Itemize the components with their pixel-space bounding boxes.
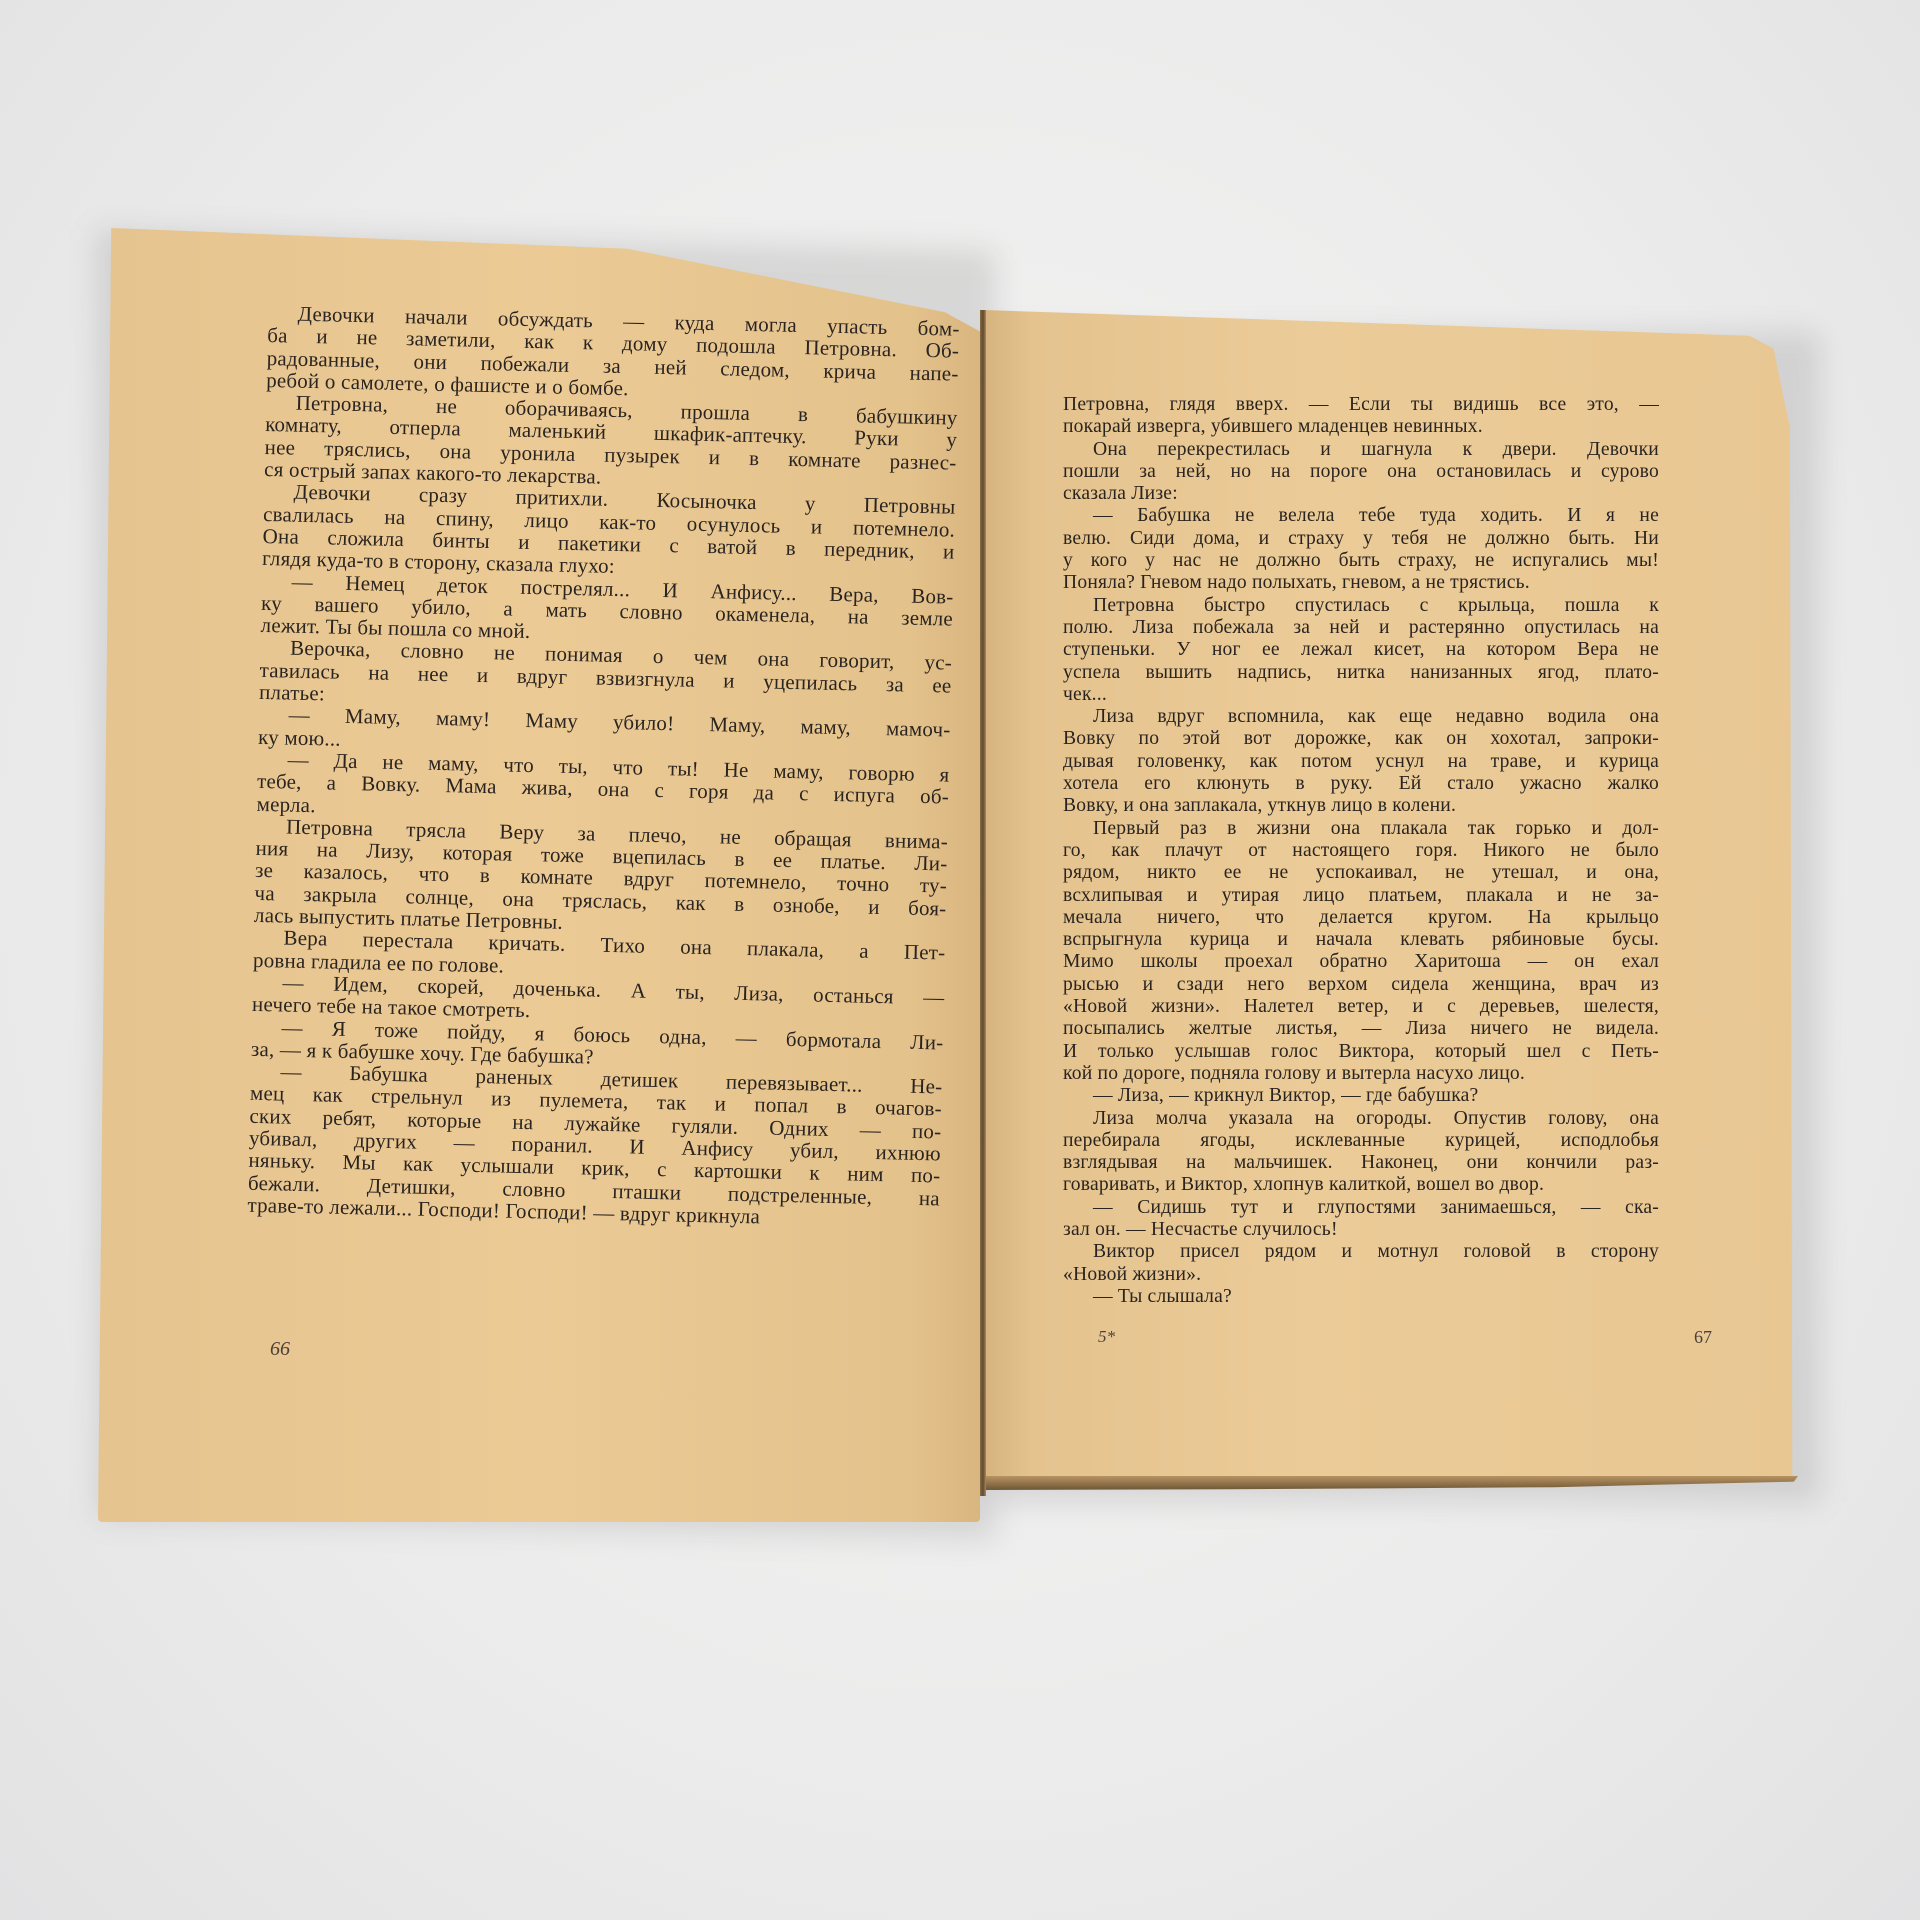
left-page-text: Девочки начали обсуждать — куда могла уп… [247,302,960,1232]
text-line: Она перекрестилась и шагнула к двери. Де… [1063,439,1659,461]
text-line: говаривать, и Виктор, хлопнув калиткой, … [1063,1174,1659,1196]
text-line: — Ты слышала? [1063,1286,1659,1308]
text-line: рядом, никто ее не успокаивал, не утешал… [1063,862,1659,884]
text-line: полю. Лиза побежала за ней и растерянно … [1063,617,1659,639]
right-page-text: Петровна, глядя вверх. — Если ты видишь … [1063,394,1659,1308]
page-number-right: 67 [1694,1327,1712,1348]
text-line: — Лиза, — крикнул Виктор, — где бабушка? [1063,1085,1659,1107]
text-line: сказала Лизе: [1063,483,1659,505]
text-line: Вовку по этой вот дорожке, как он хохота… [1063,728,1659,750]
text-line: дывая головенку, как потом уснул на трав… [1063,751,1659,773]
text-line: Виктор присел рядом и мотнул головой в с… [1063,1241,1659,1263]
text-line: взглядывая на мальчишек. Наконец, они ко… [1063,1152,1659,1174]
text-line: перебирала ягоды, исклеванные курицей, и… [1063,1130,1659,1152]
text-line: «Новой жизни». [1063,1264,1659,1286]
text-line: — Бабушка не велела тебе туда ходить. И … [1063,505,1659,527]
text-line: хотела его клюнуть в руку. Ей стало ужас… [1063,773,1659,795]
text-line: успела вышить надпись, нитка нанизанных … [1063,662,1659,684]
text-line: велю. Сиди дома, и страху у тебя не долж… [1063,528,1659,550]
text-line: мечала ничего, что делается кругом. На к… [1063,907,1659,929]
page-number-left: 66 [270,1338,290,1361]
book-spine [980,310,986,1496]
text-line: кой по дороге, подняла голову и вытерла … [1063,1063,1659,1085]
text-line: Вовку, и она заплакала, уткнув лицо в ко… [1063,795,1659,817]
text-line: покарай изверга, убившего младенцев неви… [1063,416,1659,438]
text-line: Петровна, глядя вверх. — Если ты видишь … [1063,394,1659,416]
text-line: Лиза вдруг вспомнила, как еще недавно во… [1063,706,1659,728]
text-line: всхлипывая и утирая лицо платьем, плакал… [1063,885,1659,907]
text-line: чек... [1063,684,1659,706]
text-line: у кого у нас не должно быть страху, не и… [1063,550,1659,572]
text-line: Поняла? Гневом надо полыхать, гневом, а … [1063,572,1659,594]
text-line: зал он. — Несчастье случилось! [1063,1219,1659,1241]
text-line: го, как плачут от настоящего горя. Никог… [1063,840,1659,862]
text-line: Мимо школы проехал обратно Харитоша — он… [1063,951,1659,973]
text-line: И только услышав голос Виктора, который … [1063,1041,1659,1063]
text-line: вспрыгнула курица и начала клевать рябин… [1063,929,1659,951]
text-line: рысью и сзади него верхом сидела женщина… [1063,974,1659,996]
text-line: Первый раз в жизни она плакала так горьк… [1063,818,1659,840]
text-line: ступеньки. У ног ее лежал кисет, на кото… [1063,639,1659,661]
text-line: пошли за ней, но на пороге она остановил… [1063,461,1659,483]
text-line: «Новой жизни». Налетел ветер, и с деревь… [1063,996,1659,1018]
text-line: — Сидишь тут и глупостями занимаешься, —… [1063,1197,1659,1219]
signature-mark: 5* [1098,1327,1115,1347]
text-line: Петровна быстро спустилась с крыльца, по… [1063,595,1659,617]
text-line: Лиза молча указала на огороды. Опустив г… [1063,1108,1659,1130]
text-line: посыпались желтые листья, — Лиза ничего … [1063,1018,1659,1040]
